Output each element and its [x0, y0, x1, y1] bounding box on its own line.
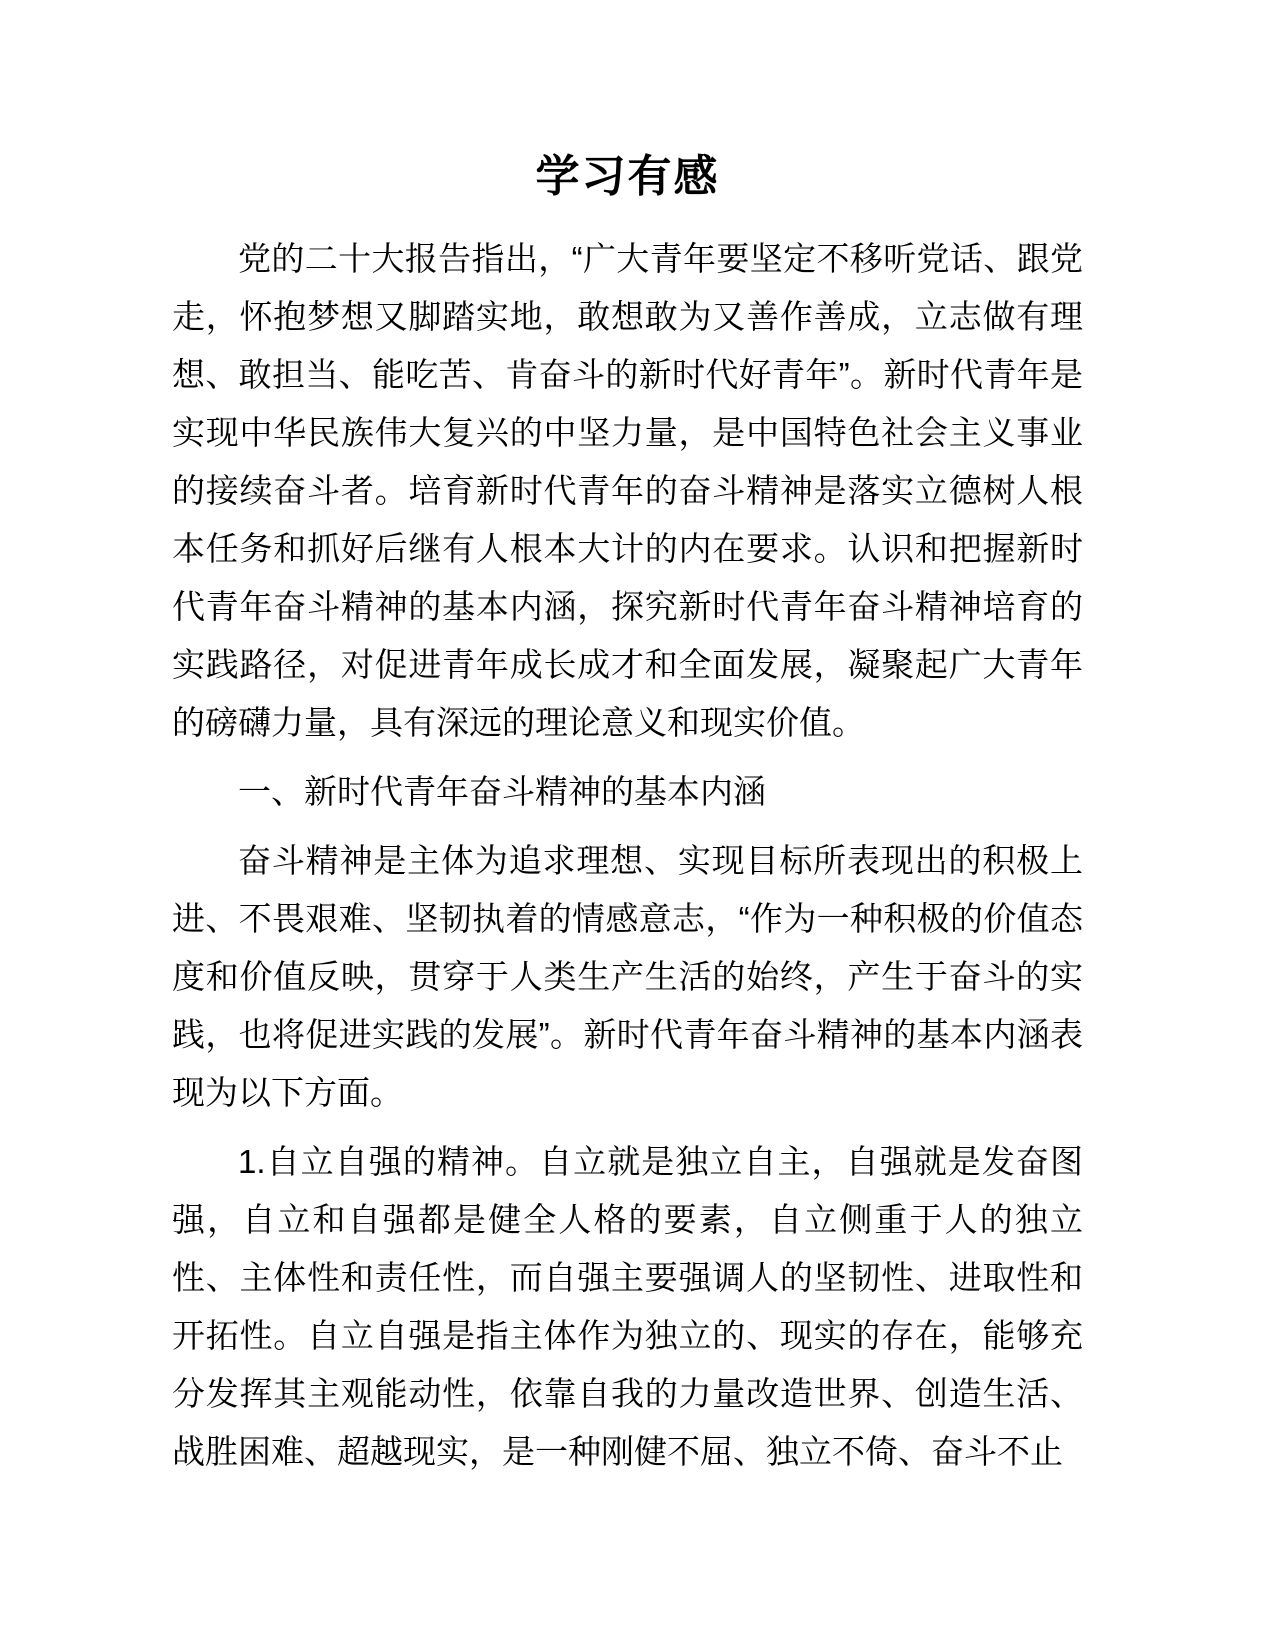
- document-page: 学习有感 党的二十大报告指出，“广大青年要坚定不移听党话、跟党走，怀抱梦想又脚踏…: [0, 0, 1275, 1650]
- section-heading-1: 一、新时代青年奋斗精神的基本内涵: [172, 763, 1083, 821]
- paragraph-intro: 党的二十大报告指出，“广大青年要坚定不移听党话、跟党走，怀抱梦想又脚踏实地，敢想…: [172, 230, 1083, 752]
- document-title: 学习有感: [172, 152, 1083, 202]
- paragraph-point-1-self-reliance: 1.自立自强的精神。自立就是独立自主，自强就是发奋图强，自立和自强都是健全人格的…: [172, 1133, 1083, 1481]
- document-content: 学习有感 党的二十大报告指出，“广大青年要坚定不移听党话、跟党走，怀抱梦想又脚踏…: [172, 0, 1083, 1481]
- paragraph-section-overview: 奋斗精神是主体为追求理想、实现目标所表现出的积极上进、不畏艰难、坚韧执着的情感意…: [172, 832, 1083, 1122]
